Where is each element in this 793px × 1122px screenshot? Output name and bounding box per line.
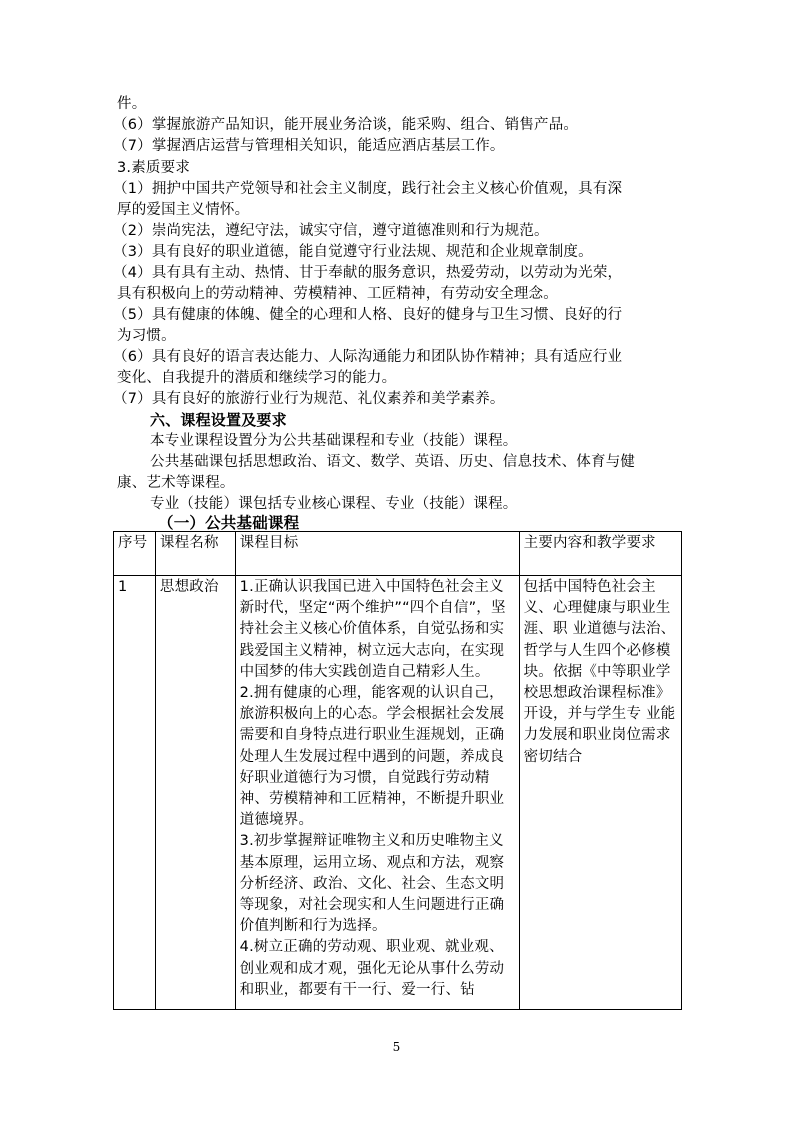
header-course-name: 课程名称 [155, 532, 235, 576]
page-number: 5 [0, 1040, 793, 1054]
text-line: （5）具有健康的体魄、健全的心理和人格、良好的健身与卫生习惯、良好的行 [113, 305, 622, 326]
cell-course-goals: 1.正确认识我国已进入中国特色社会主义新时代，坚定“两个维护”“四个自信”，坚持… [235, 576, 519, 1010]
goal-item: 2.拥有健康的心理，能客观的认识自己，旅游积极向上的心态。学会根据社会发展需要和… [240, 683, 515, 831]
header-no: 序号 [114, 532, 156, 576]
course-table: 序号 课程名称 课程目标 主要内容和教学要求 1 思想政治 1.正确认识我国已进… [113, 531, 682, 1010]
document-page: 件。 （6）掌握旅游产品知识，能开展业务洽谈，能采购、组合、销售产品。 （7）掌… [0, 0, 793, 1122]
text-line: 变化、自我提升的潜质和继续学习的能力。 [117, 368, 396, 389]
goal-item: 4.树立正确的劳动观、职业观、就业观、创业观和成才观，强化无论从事什么劳动和职业… [240, 937, 515, 1001]
text-line: 厚的爱国主义情怀。 [117, 200, 249, 221]
text-line: 具有积极向上的劳动精神、劳模精神、工匠精神，有劳动安全理念。 [117, 284, 558, 305]
paragraph: 本专业课程设置分为公共基础课程和专业（技能）课程。 [150, 431, 518, 452]
cell-no: 1 [114, 576, 156, 1010]
text-line: （7）具有良好的旅游行业行为规范、礼仪素养和美学素养。 [113, 389, 505, 410]
table-header-row: 序号 课程名称 课程目标 主要内容和教学要求 [114, 532, 682, 576]
text-line: （4）具有具有主动、热情、甘于奉献的服务意识，热爱劳动，以劳动为光荣， [113, 263, 622, 284]
goal-item: 3.初步掌握辩证唯物主义和历史唯物主义基本原理，运用立场、观点和方法，观察分析经… [240, 831, 515, 937]
header-course-goals: 课程目标 [235, 532, 519, 576]
text-line: 件。 [117, 94, 146, 115]
text-line: （6）掌握旅游产品知识，能开展业务洽谈，能采购、组合、销售产品。 [113, 115, 578, 136]
cell-content-requirements: 包括中国特色社会主义、心理健康与职业生涯、职 业道德与法治、哲学与人生四个必修模… [519, 576, 681, 1010]
header-content-requirements: 主要内容和教学要求 [519, 532, 681, 576]
section-heading: 六、课程设置及要求 [150, 410, 287, 431]
text-line: 3.素质要求 [117, 158, 190, 179]
text-line: （3）具有良好的职业道德，能自觉遵守行业法规、规范和企业规章制度。 [113, 242, 593, 263]
text-line: （6）具有良好的语言表达能力、人际沟通能力和团队协作精神；具有适应行业 [113, 347, 622, 368]
text-line: 为习惯。 [117, 326, 176, 347]
text-line: （1）拥护中国共产党领导和社会主义制度，践行社会主义核心价值观，具有深 [113, 179, 622, 200]
goal-item: 1.正确认识我国已进入中国特色社会主义新时代，坚定“两个维护”“四个自信”，坚持… [240, 577, 515, 683]
cell-course-name: 思想政治 [155, 576, 235, 1010]
paragraph: 康、艺术等课程。 [117, 473, 235, 494]
text-line: （2）崇尚宪法，遵纪守法，诚实守信，遵守道德准则和行为规范。 [113, 221, 549, 242]
subsection-heading: （一）公共基础课程 [158, 512, 299, 533]
text-line: （7）掌握酒店运营与管理相关知识，能适应酒店基层工作。 [113, 136, 505, 157]
table-row: 1 思想政治 1.正确认识我国已进入中国特色社会主义新时代，坚定“两个维护”“四… [114, 576, 682, 1010]
paragraph: 公共基础课包括思想政治、语文、数学、英语、历史、信息技术、体育与健 [150, 452, 635, 473]
